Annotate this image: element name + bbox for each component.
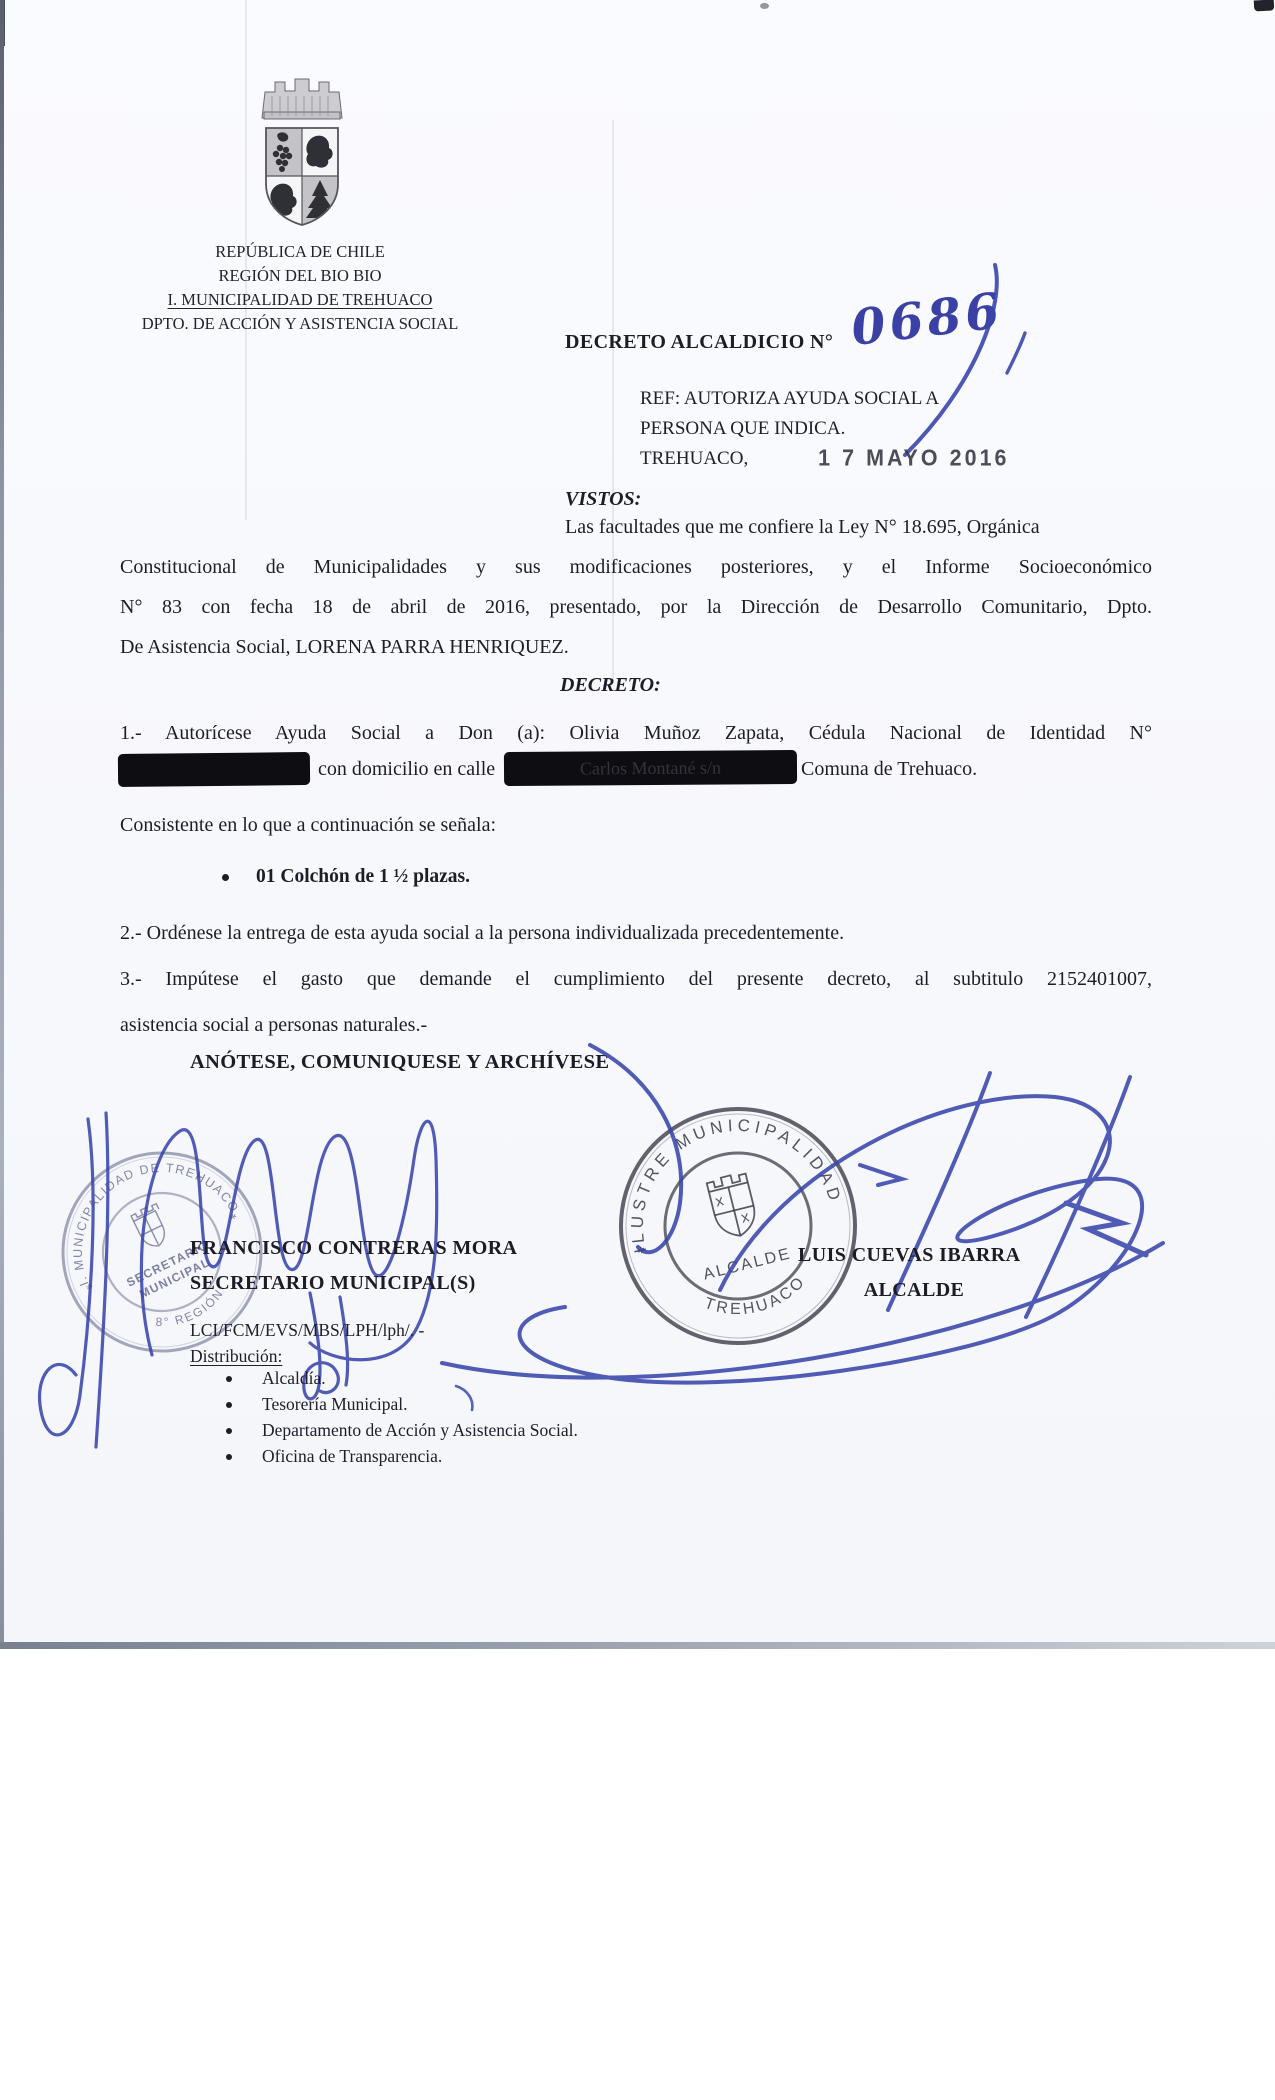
redacted-address-ghost: Carlos Montané s/n bbox=[504, 750, 797, 786]
vistos-line-1: Las facultades que me confiere la Ley N°… bbox=[565, 516, 1040, 539]
vistos-line-2: Constitucional de Municipalidades y sus … bbox=[120, 556, 1152, 579]
letterhead: REPÚBLICA DE CHILE REGIÓN DEL BIO BIO I.… bbox=[105, 240, 495, 336]
responsibility-initials: LCI/FCM/EVS/MBS/LPH/lph/. - bbox=[190, 1320, 424, 1341]
decreto-point2: 2.- Ordénese la entrega de esta ayuda so… bbox=[120, 922, 844, 945]
decree-title: DECRETO ALCALDICIO N° bbox=[565, 331, 833, 354]
vistos-line-3: N° 83 con fecha 18 de abril de 2016, pre… bbox=[120, 596, 1152, 619]
decreto-point3-line1: 3.- Impútese el gasto que demande el cum… bbox=[120, 968, 1152, 991]
letterhead-municipality: I. MUNICIPALIDAD DE TREHUACO bbox=[105, 288, 495, 312]
decreto-point1-line1: 1.- Autorícese Ayuda Social a Don (a): O… bbox=[120, 722, 1152, 745]
coat-of-arms bbox=[250, 72, 354, 230]
decreto-point1-mid: con domicilio en calle bbox=[318, 758, 495, 781]
scan-edge-bottom bbox=[0, 1642, 1275, 1649]
list-bullet bbox=[226, 1376, 232, 1382]
consistente-line: Consistente en lo que a continuación se … bbox=[120, 814, 496, 837]
redaction-bar-id bbox=[118, 752, 310, 787]
mayor-title: ALCALDE bbox=[798, 1279, 1030, 1302]
list-bullet bbox=[226, 1402, 232, 1408]
list-bullet bbox=[226, 1428, 232, 1434]
bullet-marker bbox=[222, 874, 229, 881]
distribution-item: Tesorería Municipal. bbox=[262, 1394, 408, 1415]
aid-item: 01 Colchón de 1 ½ plazas. bbox=[256, 866, 470, 888]
redaction-bar-address: Carlos Montané s/n bbox=[504, 750, 797, 786]
decreto-point1-end: Comuna de Trehuaco. bbox=[801, 758, 977, 781]
letterhead-region: REGIÓN DEL BIO BIO bbox=[105, 264, 495, 288]
scan-edge-left bbox=[0, 0, 4, 1648]
decreto-label: DECRETO: bbox=[560, 674, 661, 697]
scanned-decree: REPÚBLICA DE CHILE REGIÓN DEL BIO BIO I.… bbox=[0, 0, 1275, 1648]
scan-artifact bbox=[1254, 0, 1275, 12]
vistos-line-4: De Asistencia Social, LORENA PARRA HENRI… bbox=[120, 636, 569, 659]
distribution-item: Departamento de Acción y Asistencia Soci… bbox=[262, 1420, 578, 1441]
distribution-item: Alcaldía. bbox=[262, 1368, 326, 1389]
ref-line-2: PERSONA QUE INDICA. bbox=[640, 414, 939, 444]
mayor-name: LUIS CUEVAS IBARRA bbox=[798, 1244, 1020, 1267]
date-stamp: 1 7 MAYO 2016 bbox=[818, 446, 1009, 472]
distribution-label: Distribución: bbox=[190, 1346, 282, 1367]
distribution-item: Oficina de Transparencia. bbox=[262, 1446, 442, 1467]
ref-line-1: REF: AUTORIZA AYUDA SOCIAL A bbox=[640, 384, 939, 414]
letterhead-department: DPTO. DE ACCIÓN Y ASISTENCIA SOCIAL bbox=[105, 312, 495, 336]
vistos-label: VISTOS: bbox=[565, 488, 641, 511]
pen-tick-mark bbox=[452, 1382, 478, 1414]
mayor-signature bbox=[430, 1015, 1175, 1415]
scan-artifact bbox=[760, 3, 769, 9]
letterhead-country: REPÚBLICA DE CHILE bbox=[105, 240, 495, 264]
document-page: REPÚBLICA DE CHILE REGIÓN DEL BIO BIO I.… bbox=[0, 0, 1275, 2100]
decreto-point3-line2: asistencia social a personas naturales.- bbox=[120, 1014, 427, 1037]
list-bullet bbox=[226, 1454, 232, 1460]
